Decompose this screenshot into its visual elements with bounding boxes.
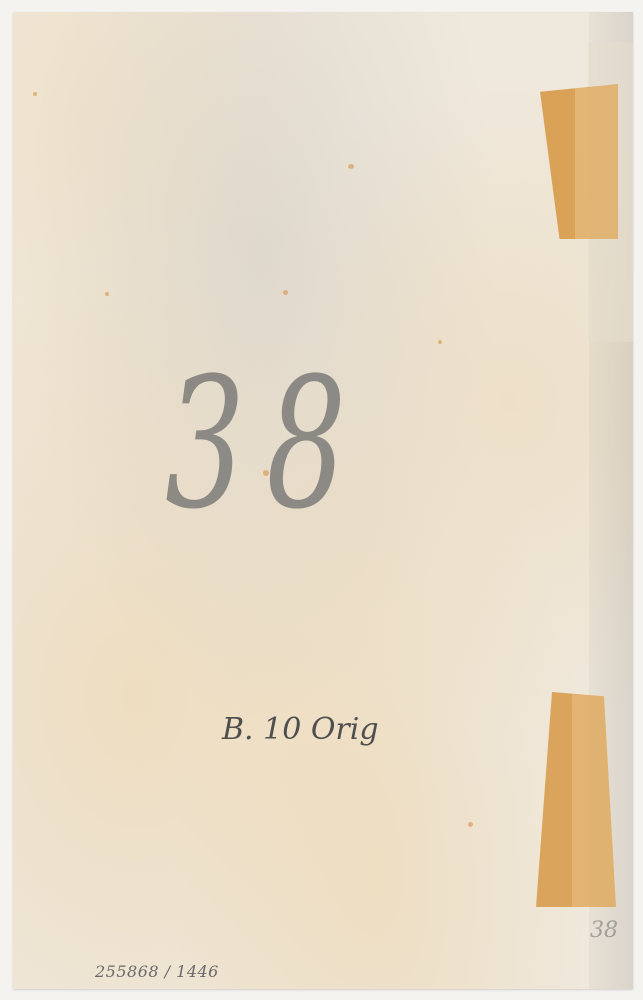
foxing-spot <box>33 92 37 96</box>
foxing-spot <box>283 290 288 295</box>
pencil-numeral: 38 <box>165 340 367 549</box>
pencil-note: B. 10 Orig <box>222 712 379 747</box>
corner-mark: 38 <box>590 918 618 943</box>
foxing-spot <box>468 822 473 827</box>
foxing-spot <box>105 292 109 296</box>
foxing-spot <box>348 164 354 169</box>
foxing-spot <box>438 340 442 344</box>
inventory-number: 255868 / 1446 <box>95 962 219 981</box>
